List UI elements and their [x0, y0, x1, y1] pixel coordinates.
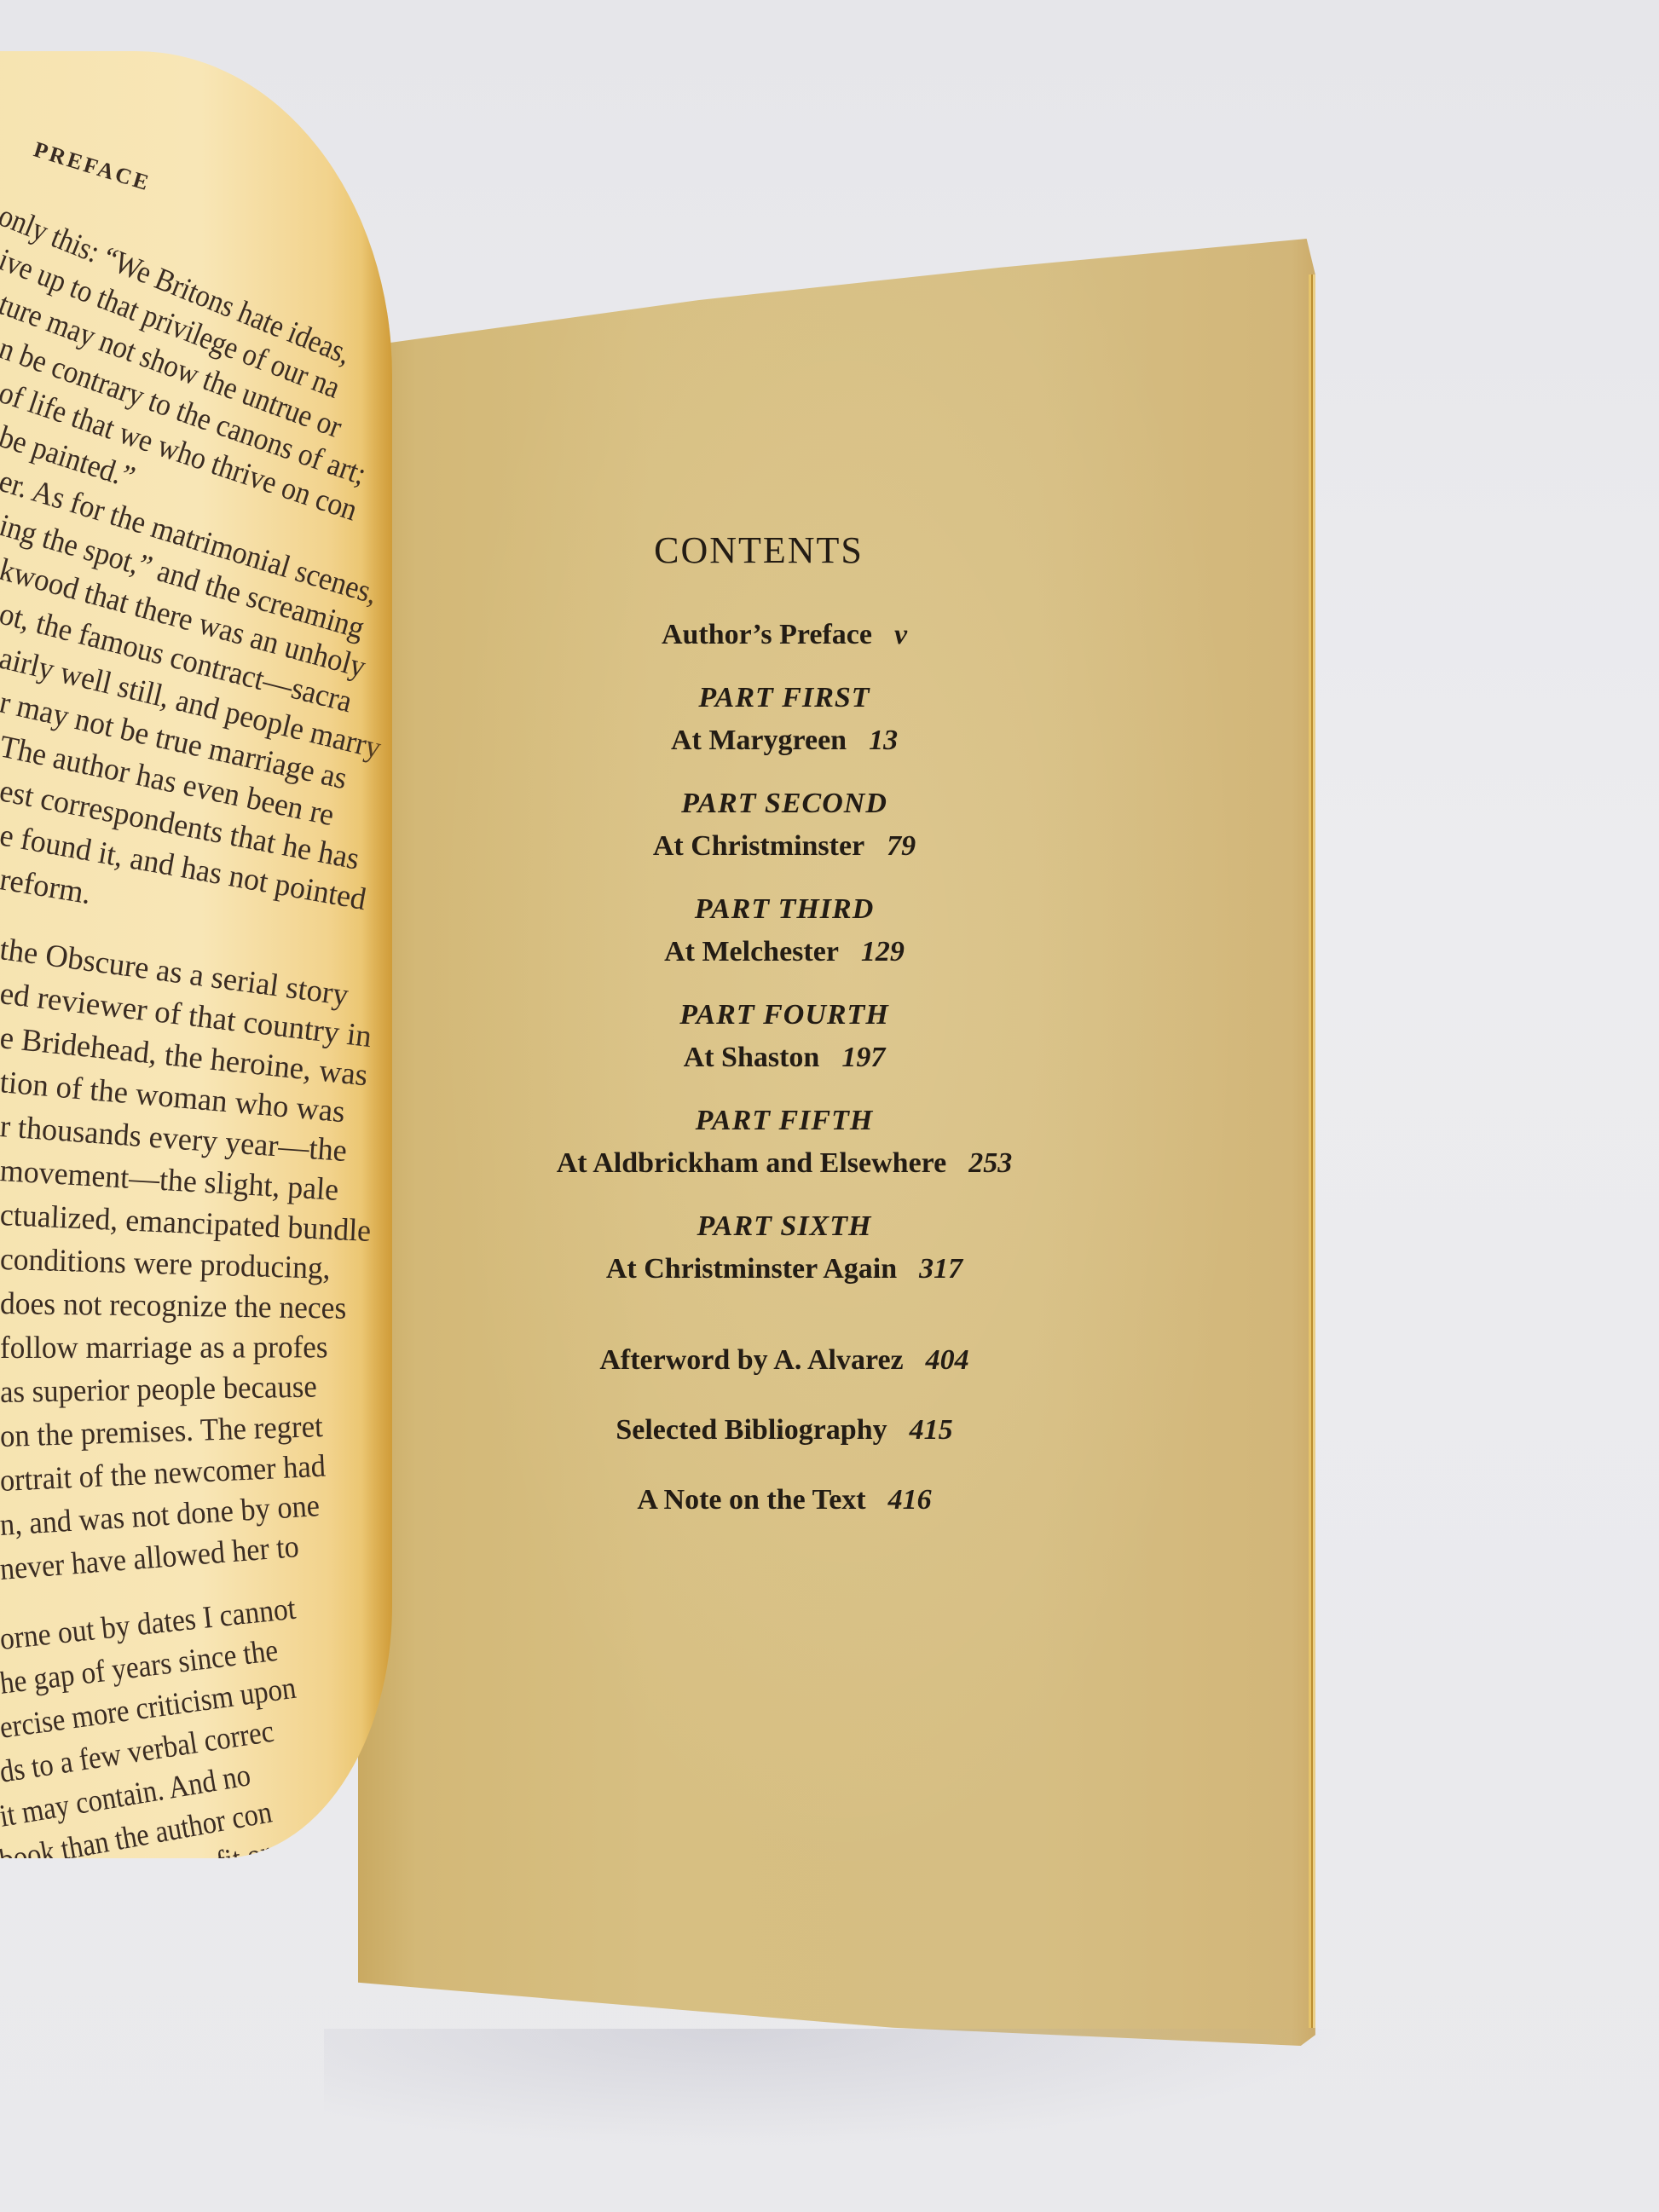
page-curl-shadow	[361, 51, 392, 1858]
toc-entry: Afterword by A. Alvarez404	[358, 1325, 1211, 1395]
toc-entry: At Marygreen13	[358, 719, 1211, 763]
toc-entry-label: At Shaston	[684, 1042, 820, 1073]
toc-entry-label: Author’s Preface	[662, 619, 872, 650]
toc-page-number: 79	[887, 830, 916, 862]
toc-entry-label: At Marygreen	[671, 725, 847, 756]
toc-entry-preface: Author’s Prefacev	[358, 613, 1211, 657]
toc-entry: At Shaston197	[358, 1036, 1211, 1080]
toc-page-number: 13	[869, 725, 898, 756]
preface-line: follow marriage as a profes	[0, 1325, 392, 1371]
toc-page-number: 197	[841, 1042, 885, 1073]
toc-entry-label: At Christminster	[653, 830, 864, 862]
toc-page-number: 415	[910, 1414, 953, 1446]
toc-part-heading: PART THIRD	[358, 889, 1211, 930]
toc-entry: At Christminster79	[358, 824, 1211, 869]
preface-page: PREFACE only this: “We Britons hate idea…	[0, 51, 392, 1858]
preface-line: does not recognize the neces	[0, 1282, 392, 1332]
toc-entry-label: At Melchester	[664, 936, 839, 967]
toc-part-heading: PART SECOND	[358, 783, 1211, 824]
book-shadow	[324, 2029, 1347, 2148]
preface-text: PREFACE only this: “We Britons hate idea…	[0, 128, 392, 1858]
toc-entry: A Note on the Text416	[358, 1465, 1211, 1535]
toc-page-number: 404	[926, 1344, 969, 1376]
toc-part-heading: PART SIXTH	[358, 1206, 1211, 1247]
toc-part-heading: PART FIRST	[358, 678, 1211, 719]
toc-entry-label: Afterword by A. Alvarez	[599, 1344, 903, 1376]
back-matter: Afterword by A. Alvarez404 Selected Bibl…	[358, 1325, 1211, 1535]
contents-heading: CONTENTS	[307, 528, 1211, 572]
toc-page-number: 129	[861, 936, 905, 967]
toc-entry-label: At Aldbrickham and Elsewhere	[557, 1147, 946, 1179]
toc-entry: At Christminster Again317	[358, 1247, 1211, 1291]
toc-part-heading: PART FOURTH	[358, 995, 1211, 1036]
toc-page-number: 317	[919, 1253, 962, 1285]
toc-page-number: v	[894, 619, 907, 650]
toc-entry-label: Selected Bibliography	[616, 1414, 887, 1446]
toc-entry-label: A Note on the Text	[637, 1484, 865, 1516]
book-photo: CONTENTS Author’s Prefacev PART FIRST At…	[0, 0, 1659, 2212]
toc-page-number: 416	[888, 1484, 932, 1516]
contents-page: CONTENTS Author’s Prefacev PART FIRST At…	[358, 239, 1330, 2046]
toc-entry: Selected Bibliography415	[358, 1395, 1211, 1465]
toc-entry: At Melchester129	[358, 930, 1211, 974]
toc-page-number: 253	[968, 1147, 1012, 1179]
toc-entry-label: At Christminster Again	[606, 1253, 897, 1285]
toc-entry: At Aldbrickham and Elsewhere253	[358, 1141, 1211, 1186]
table-of-contents: CONTENTS Author’s Prefacev PART FIRST At…	[358, 528, 1211, 1535]
toc-part-heading: PART FIFTH	[358, 1100, 1211, 1141]
page-edges	[1309, 274, 1330, 2027]
